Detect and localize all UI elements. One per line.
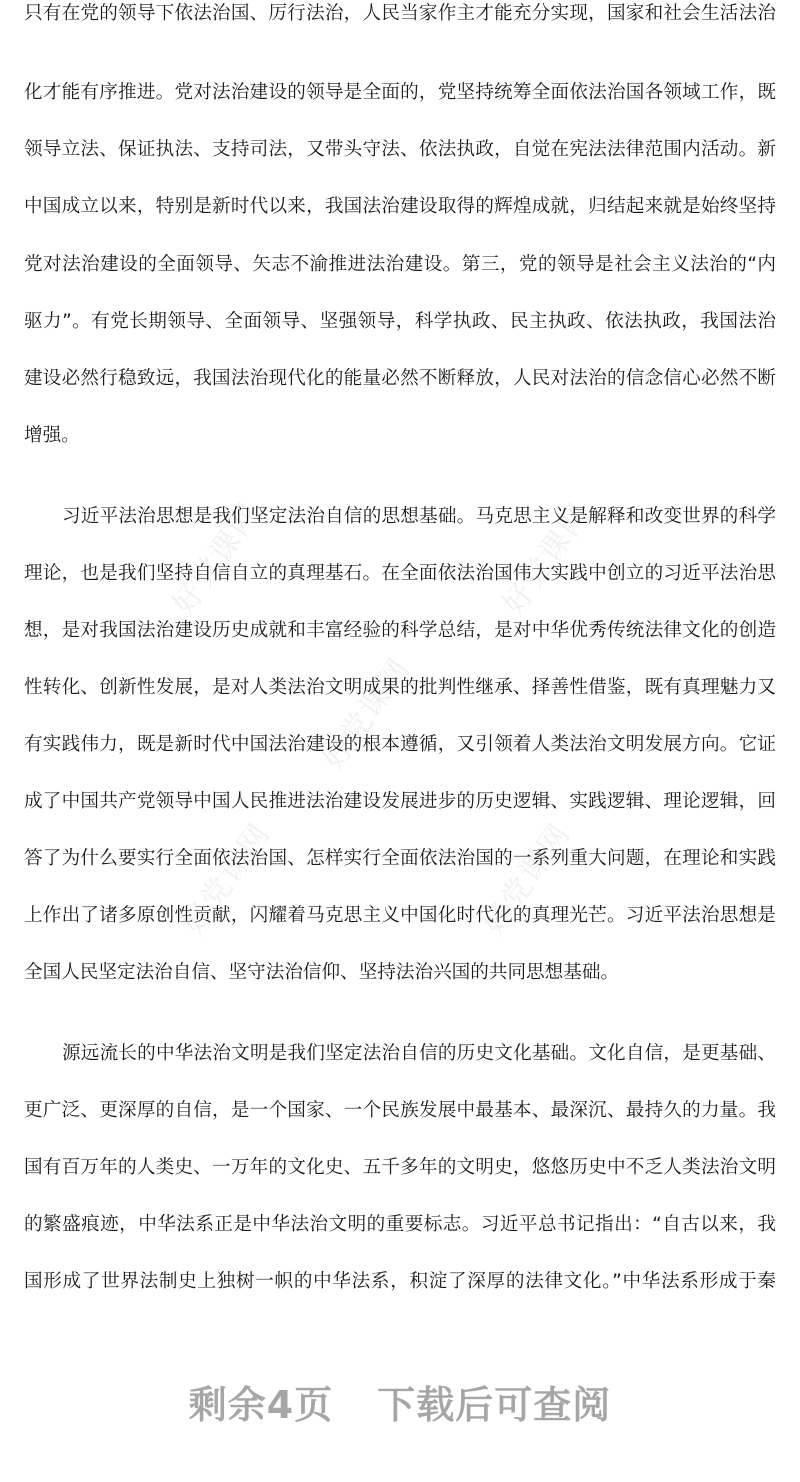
- text-line: 有实践伟力，既是新时代中国法治建设的根本遵循，又引领着人类法治文明发展方向。它证: [24, 731, 776, 759]
- text-line: 更广泛、更深厚的自信，是一个国家、一个民族发展中最基本、最深沉、最持久的力量。我: [24, 1097, 776, 1125]
- download-more-banner[interactable]: 剩余4页下载后可查阅: [0, 1380, 800, 1430]
- text-line: 上作出了诸多原创性贡献，闪耀着马克思主义中国化时代化的真理光芒。习近平法治思想是: [24, 902, 776, 930]
- text-line: 中国成立以来，特别是新时代以来，我国法治建设取得的辉煌成就，归结起来就是始终坚持: [24, 193, 776, 221]
- text-line: 国有百万年的人类史、一万年的文化史、五千多年的文明史，悠悠历史中不乏人类法治文明: [24, 1154, 776, 1182]
- text-line: 性转化、创新性发展，是对人类法治文明成果的批判性继承、择善性借鉴，既有真理魅力又: [24, 674, 776, 702]
- text-line: 驱力”。有党长期领导、全面领导、坚强领导，科学执政、民主执政、依法执政，我国法治: [24, 308, 776, 336]
- text-line: 只有在党的领导下依法治国、厉行法治，人民当家作主才能充分实现，国家和社会生活法治: [24, 0, 776, 28]
- text-line: 建设必然行稳致远，我国法治现代化的能量必然不断释放，人民对法治的信念信心必然不断: [24, 365, 776, 393]
- download-to-read-label[interactable]: 下载后可查阅: [377, 1383, 611, 1427]
- text-line: 源远流长的中华法治文明是我们坚定法治自信的历史文化基础。文化自信，是更基础、: [62, 1040, 776, 1068]
- text-line: 想，是对我国法治建设历史成就和丰富经验的科学总结，是对中华优秀传统法律文化的创造: [24, 617, 776, 645]
- text-line: 全国人民坚定法治自信、坚守法治信仰、坚持法治兴国的共同思想基础。: [24, 959, 776, 987]
- text-line: 增强。: [24, 422, 776, 450]
- text-line: 习近平法治思想是我们坚定法治自信的思想基础。马克思主义是解释和改变世界的科学: [62, 503, 776, 531]
- text-line: 国形成了世界法制史上独树一帜的中华法系，积淀了深厚的法律文化。”中华法系形成于秦: [24, 1268, 776, 1296]
- text-line: 领导立法、保证执法、支持司法，又带头守法、依法执政，自觉在宪法法律范围内活动。新: [24, 136, 776, 164]
- remaining-pages-label[interactable]: 剩余4页: [189, 1383, 333, 1427]
- text-line: 理论，也是我们坚持自信自立的真理基石。在全面依法治国伟大实践中创立的习近平法治思: [24, 560, 776, 588]
- text-line: 答了为什么要实行全面依法治国、怎样实行全面依法治国的一系列重大问题，在理论和实践: [24, 845, 776, 873]
- document-page: 好党课网 好党课网 好党课网 好党课网 好党课网 只有在党的领导下依法治国、厉行…: [0, 0, 800, 1482]
- text-line: 党对法治建设的全面领导、矢志不渝推进法治建设。第三，党的领导是社会主义法治的“内: [24, 251, 776, 279]
- text-line: 化才能有序推进。党对法治建设的领导是全面的，党坚持统筹全面依法治国各领域工作，既: [24, 79, 776, 107]
- text-line: 成了中国共产党领导中国人民推进法治建设发展进步的历史逻辑、实践逻辑、理论逻辑，回: [24, 788, 776, 816]
- text-line: 的繁盛痕迹，中华法系正是中华法治文明的重要标志。习近平总书记指出：“自古以来，我: [24, 1211, 776, 1239]
